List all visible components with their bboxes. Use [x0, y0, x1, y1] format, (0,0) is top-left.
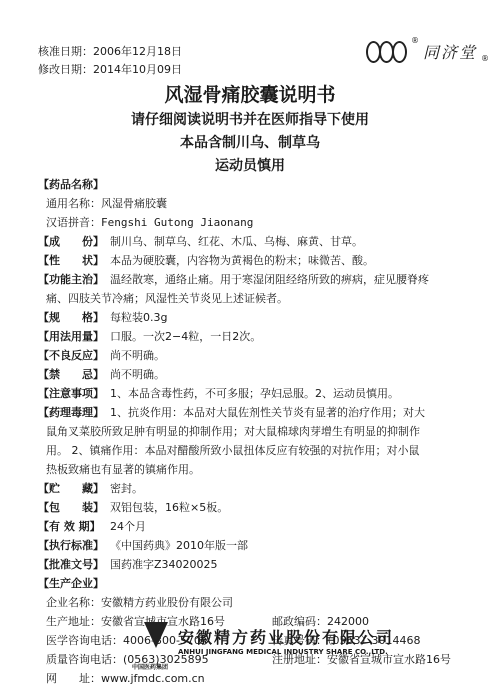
- registered-mark-2: ®: [481, 54, 489, 63]
- brand-name: 同济堂: [423, 40, 477, 63]
- section-approval-number: 【批准文号】国药准字Z34020025: [38, 555, 478, 574]
- section-precautions: 【注意事项】1、本品含毒性药，不可多服；孕妇忌服。2、运动员慎用。: [38, 384, 478, 403]
- document-title: 风湿骨痛胶囊说明书: [0, 80, 500, 107]
- company-name: 企业名称：安徽精方药业股份有限公司: [38, 593, 478, 612]
- company-name-zh: 安徽精方药业股份有限公司: [178, 625, 394, 648]
- generic-name: 通用名称：风湿骨痛胶囊: [38, 194, 478, 213]
- subtitle-read-instructions: 请仔细阅读说明书并在医师指导下使用: [0, 109, 500, 129]
- section-specification: 【规 格】每粒装0.3g: [38, 308, 478, 327]
- dates-block: 核准日期：2006年12月18日 修改日期：2014年10月09日: [38, 43, 182, 79]
- section-adverse: 【不良反应】尚不明确。: [38, 346, 478, 365]
- pharmacology-cont-1: 鼠角叉菜胶所致足肿有明显的抑制作用；对大鼠棉球肉芽增生有明显的抑制作: [38, 422, 478, 441]
- subtitle-athletes: 运动员慎用: [0, 155, 500, 175]
- section-pharmacology: 【药理毒理】1、抗炎作用：本品对大鼠佐剂性关节炎有显著的治疗作用；对大: [38, 403, 478, 422]
- leaflet-page: 核准日期：2006年12月18日 修改日期：2014年10月09日 ® 同济堂 …: [0, 0, 500, 700]
- section-manufacturer: 【生产企业】: [38, 574, 478, 593]
- subtitle-contains: 本品含制川乌、制草乌: [0, 132, 500, 152]
- brand-logo: ® 同济堂 ®: [368, 40, 489, 63]
- indications-cont: 痛、四肢关节冷痛；风湿性关节炎见上述证候者。: [38, 289, 478, 308]
- pinyin-name: 汉语拼音：Fengshi Gutong Jiaonang: [38, 213, 478, 232]
- section-contraindications: 【禁 忌】尚不明确。: [38, 365, 478, 384]
- pharmacology-cont-2: 用。 2、镇痛作用：本品对醋酸所致小鼠扭体反应有较强的对抗作用；对小鼠: [38, 441, 478, 460]
- pharmacology-cont-3: 热板致痛也有显著的镇痛作用。: [38, 460, 478, 479]
- website: 网 址：www.jfmdc.com.cn: [38, 669, 478, 688]
- section-standard: 【执行标准】《中国药典》2010年版一部: [38, 536, 478, 555]
- revision-date: 修改日期：2014年10月09日: [38, 61, 182, 79]
- section-storage: 【贮 藏】密封。: [38, 479, 478, 498]
- section-dosage: 【用法用量】口服。一次2−4粒，一日2次。: [38, 327, 478, 346]
- section-indications: 【功能主治】温经散寒，通络止痛。用于寒湿闭阻经络所致的痹病，症见腰脊疼: [38, 270, 478, 289]
- section-drug-name: 【药品名称】: [38, 175, 478, 194]
- seal-icon: [368, 41, 407, 63]
- section-properties: 【性 状】本品为硬胶囊，内容物为黄褐色的粉末；味微苦、酸。: [38, 251, 478, 270]
- footer-company: 中国医药集团 安徽精方药业股份有限公司 ANHUI JINGFANG MEDIC…: [140, 620, 394, 660]
- section-package: 【包 装】双铝包装，16粒×5板。: [38, 498, 478, 517]
- registered-mark: ®: [411, 36, 419, 45]
- approval-date: 核准日期：2006年12月18日: [38, 43, 182, 61]
- section-ingredients: 【成 份】制川乌、制草乌、红花、木瓜、乌梅、麻黄、甘草。: [38, 232, 478, 251]
- section-validity: 【有 效 期】24个月: [38, 517, 478, 536]
- company-name-en: ANHUI JINGFANG MEDICAL INDUSTRY SHARE CO…: [178, 648, 394, 656]
- company-logo-icon: 中国医药集团: [140, 620, 172, 660]
- leaflet-body: 【药品名称】 通用名称：风湿骨痛胶囊 汉语拼音：Fengshi Gutong J…: [38, 175, 478, 688]
